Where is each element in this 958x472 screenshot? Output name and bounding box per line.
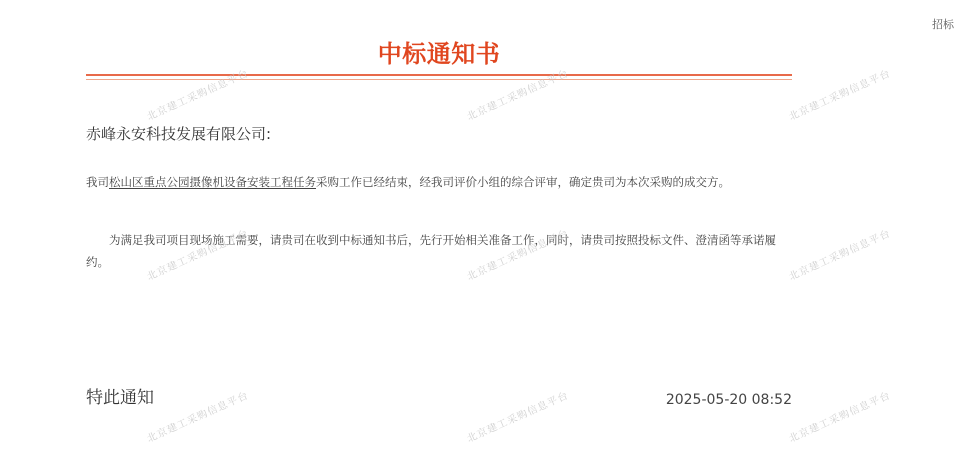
notice-paragraph-1: 我司松山区重点公园摄像机设备安装工程任务采购工作已经结束，经我司评价小组的综合评… bbox=[86, 171, 792, 193]
title-divider-thick bbox=[86, 74, 792, 76]
title-divider-thin bbox=[86, 79, 792, 80]
addressee: 赤峰永安科技发展有限公司: bbox=[86, 122, 271, 146]
watermark: 北京建工采购信息平台 bbox=[786, 225, 893, 283]
notice-title: 中标通知书 bbox=[86, 34, 792, 74]
paragraph-1-prefix: 我司 bbox=[86, 175, 109, 189]
closing-text: 特此通知 bbox=[86, 386, 154, 410]
issue-datetime: 2025-05-20 08:52 bbox=[666, 389, 792, 411]
corner-tab-label[interactable]: 招标 bbox=[932, 16, 954, 32]
watermark: 北京建工采购信息平台 bbox=[786, 65, 893, 123]
award-notice-document: 中标通知书 赤峰永安科技发展有限公司: 我司松山区重点公园摄像机设备安装工程任务… bbox=[86, 0, 792, 472]
project-name-link[interactable]: 松山区重点公园摄像机设备安装工程任务 bbox=[109, 175, 316, 189]
paragraph-1-suffix: 采购工作已经结束，经我司评价小组的综合评审，确定贵司为本次采购的成交方。 bbox=[316, 175, 730, 189]
notice-paragraph-2: 为满足我司项目现场施工需要，请贵司在收到中标通知书后，先行开始相关准备工作，同时… bbox=[86, 229, 792, 273]
paragraph-2-text: 为满足我司项目现场施工需要，请贵司在收到中标通知书后，先行开始相关准备工作，同时… bbox=[86, 233, 776, 269]
watermark: 北京建工采购信息平台 bbox=[786, 387, 893, 445]
